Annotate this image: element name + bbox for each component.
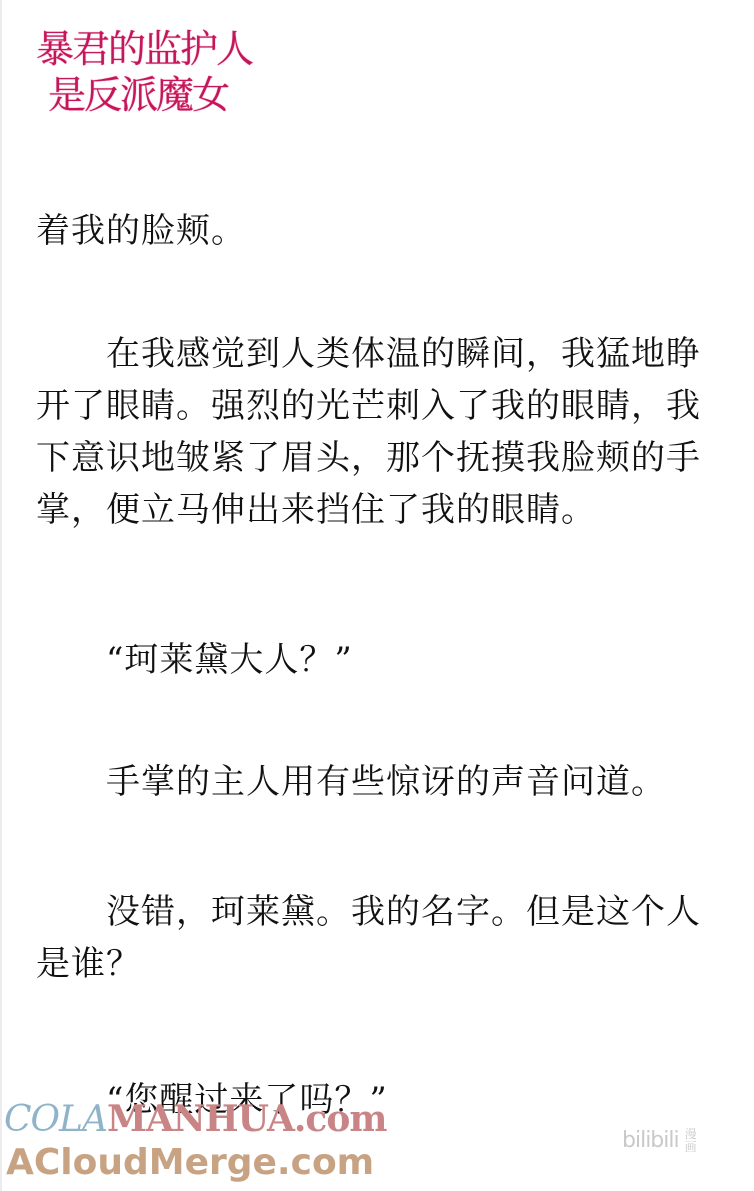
watermark-cola: COLA [4,1099,107,1140]
page-left-edge [0,0,2,1191]
comic-title-logo: 暴君的监护人 是反派魔女 [36,26,252,118]
bilibili-text: bilibili [622,1128,679,1153]
paragraph-1: 着我的脸颊。 [36,205,726,257]
title-line-2: 是反派魔女 [36,72,252,118]
watermark-colamanhua: COLAMANHUA.com [4,1098,386,1140]
watermark-manhua: MANHUA.com [107,1098,386,1140]
title-line-1: 暴君的监护人 [36,27,252,71]
paragraph-5: 没错，珂莱黛。我的名字。但是这个人是谁？ [36,886,726,990]
paragraph-4: 手掌的主人用有些惊讶的声音问道。 [36,756,726,808]
paragraph-3: “珂莱黛大人？” [36,634,726,686]
watermark-acloudmerge: ACloudMerge.com [6,1142,374,1183]
bilibili-logo: bilibili 漫画 [622,1128,699,1154]
paragraph-2: 在我感觉到人类体温的瞬间，我猛地睁开了眼睛。强烈的光芒刺入了我的眼睛，我下意识地… [36,328,726,536]
bilibili-suffix: 漫画 [685,1128,699,1154]
